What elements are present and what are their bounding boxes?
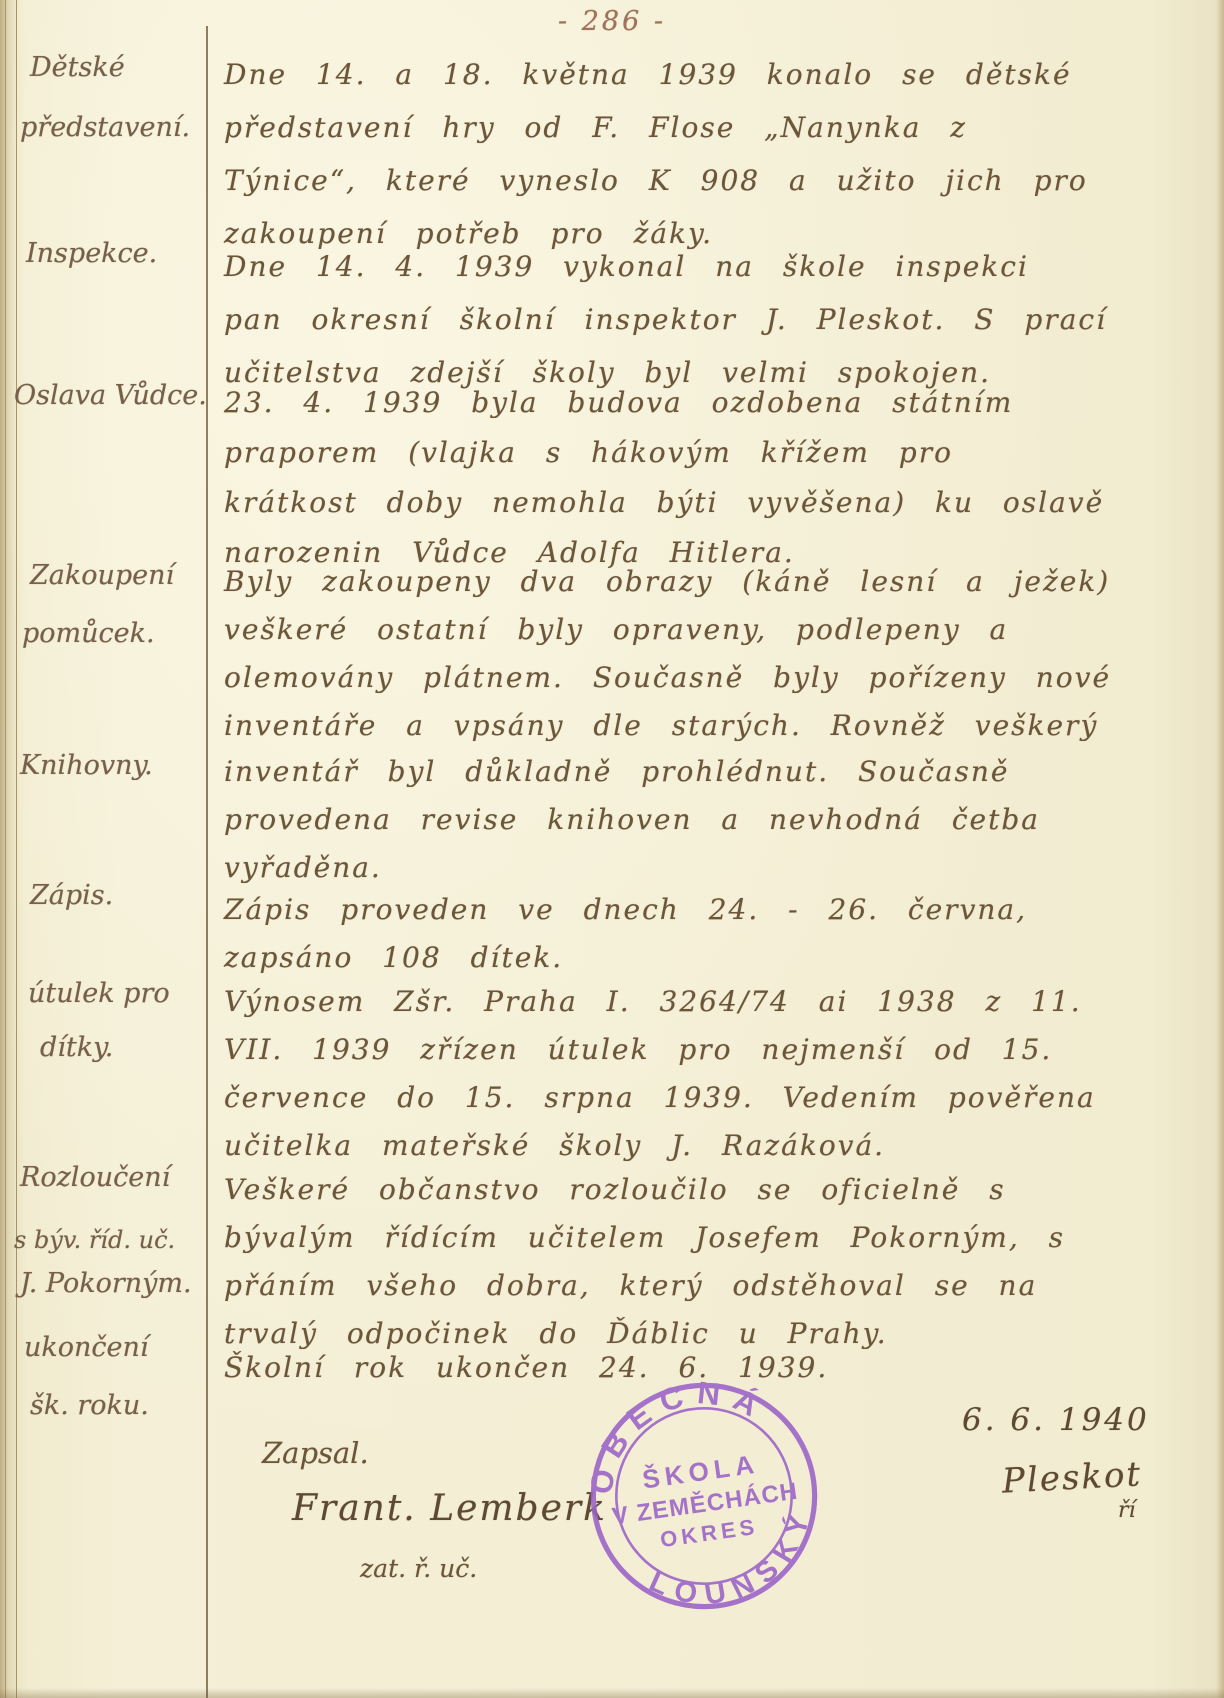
entry-text-utulek-pro-ditky: Výnosem Zšr. Praha I. 3264/74 ai 1938 z …	[224, 978, 1114, 1170]
recorder-title: zat. ř. uč.	[360, 1554, 477, 1583]
margin-label-ukonceni: ukončení	[24, 1332, 149, 1363]
school-stamp-icon: OBECNÁ LOUNSKÝ ŠKOLA V ZEMĚCHÁCH OKRES	[584, 1376, 824, 1616]
visa-date: 6. 6. 1940	[962, 1402, 1150, 1438]
page-left-edge	[0, 0, 17, 1698]
margin-label-rozlouceni: Rozloučení	[20, 1162, 170, 1193]
margin-label-knihovny: Knihovny.	[20, 750, 153, 781]
margin-label-ditky: dítky.	[40, 1032, 113, 1063]
inspector-signature: Pleskot	[1001, 1454, 1143, 1501]
margin-label-utulek-pro: útulek pro	[28, 978, 170, 1009]
entry-text-zapis: Zápis proveden ve dnech 24. - 26. června…	[224, 886, 1114, 982]
margin-label-predstaveni: představení.	[20, 112, 190, 143]
margin-label-j-pokornym: J. Pokorným.	[20, 1268, 192, 1299]
page-bottom-edge	[0, 1688, 1224, 1698]
entry-text-oslava-vudce: 23. 4. 1939 byla budova ozdobena státním…	[224, 378, 1114, 578]
entry-text-knihovny: inventář byl důkladně prohlédnut. Součas…	[224, 748, 1114, 892]
inspector-signature-suffix: ří	[1118, 1498, 1136, 1523]
margin-divider-line	[206, 26, 208, 1698]
margin-label-inspekce: Inspekce.	[26, 238, 157, 269]
margin-label-oslava-vudce: Oslava Vůdce.	[14, 380, 207, 411]
margin-label-sk-roku: šk. roku.	[30, 1390, 149, 1421]
margin-label-pomucek: pomůcek.	[22, 618, 155, 649]
page-right-edge	[1216, 0, 1224, 1698]
margin-label-zapis: Zápis.	[30, 880, 113, 911]
recorded-by-label: Zapsal.	[262, 1436, 369, 1470]
margin-label-zakoupeni: Zakoupení	[30, 560, 174, 591]
margin-label-byv-rid-uc: s býv. říd. uč.	[14, 1226, 175, 1254]
chronicle-page: - 286 - Dětské představení. Inspekce. Os…	[0, 0, 1224, 1698]
entry-text-rozlouceni: Veškeré občanstvo rozloučilo se oficieln…	[224, 1166, 1114, 1358]
recorder-signature: Frant. Lemberk	[292, 1488, 607, 1529]
entry-text-zakoupeni-pomucek: Byly zakoupeny dva obrazy (káně lesní a …	[224, 558, 1114, 750]
margin-label-detske: Dětské	[30, 52, 125, 83]
entry-text-detske-predstaveni: Dne 14. a 18. května 1939 konalo se děts…	[224, 48, 1114, 260]
page-number: - 286 -	[0, 6, 1224, 37]
entry-text-inspekce: Dne 14. 4. 1939 vykonal na škole inspekc…	[224, 240, 1114, 399]
